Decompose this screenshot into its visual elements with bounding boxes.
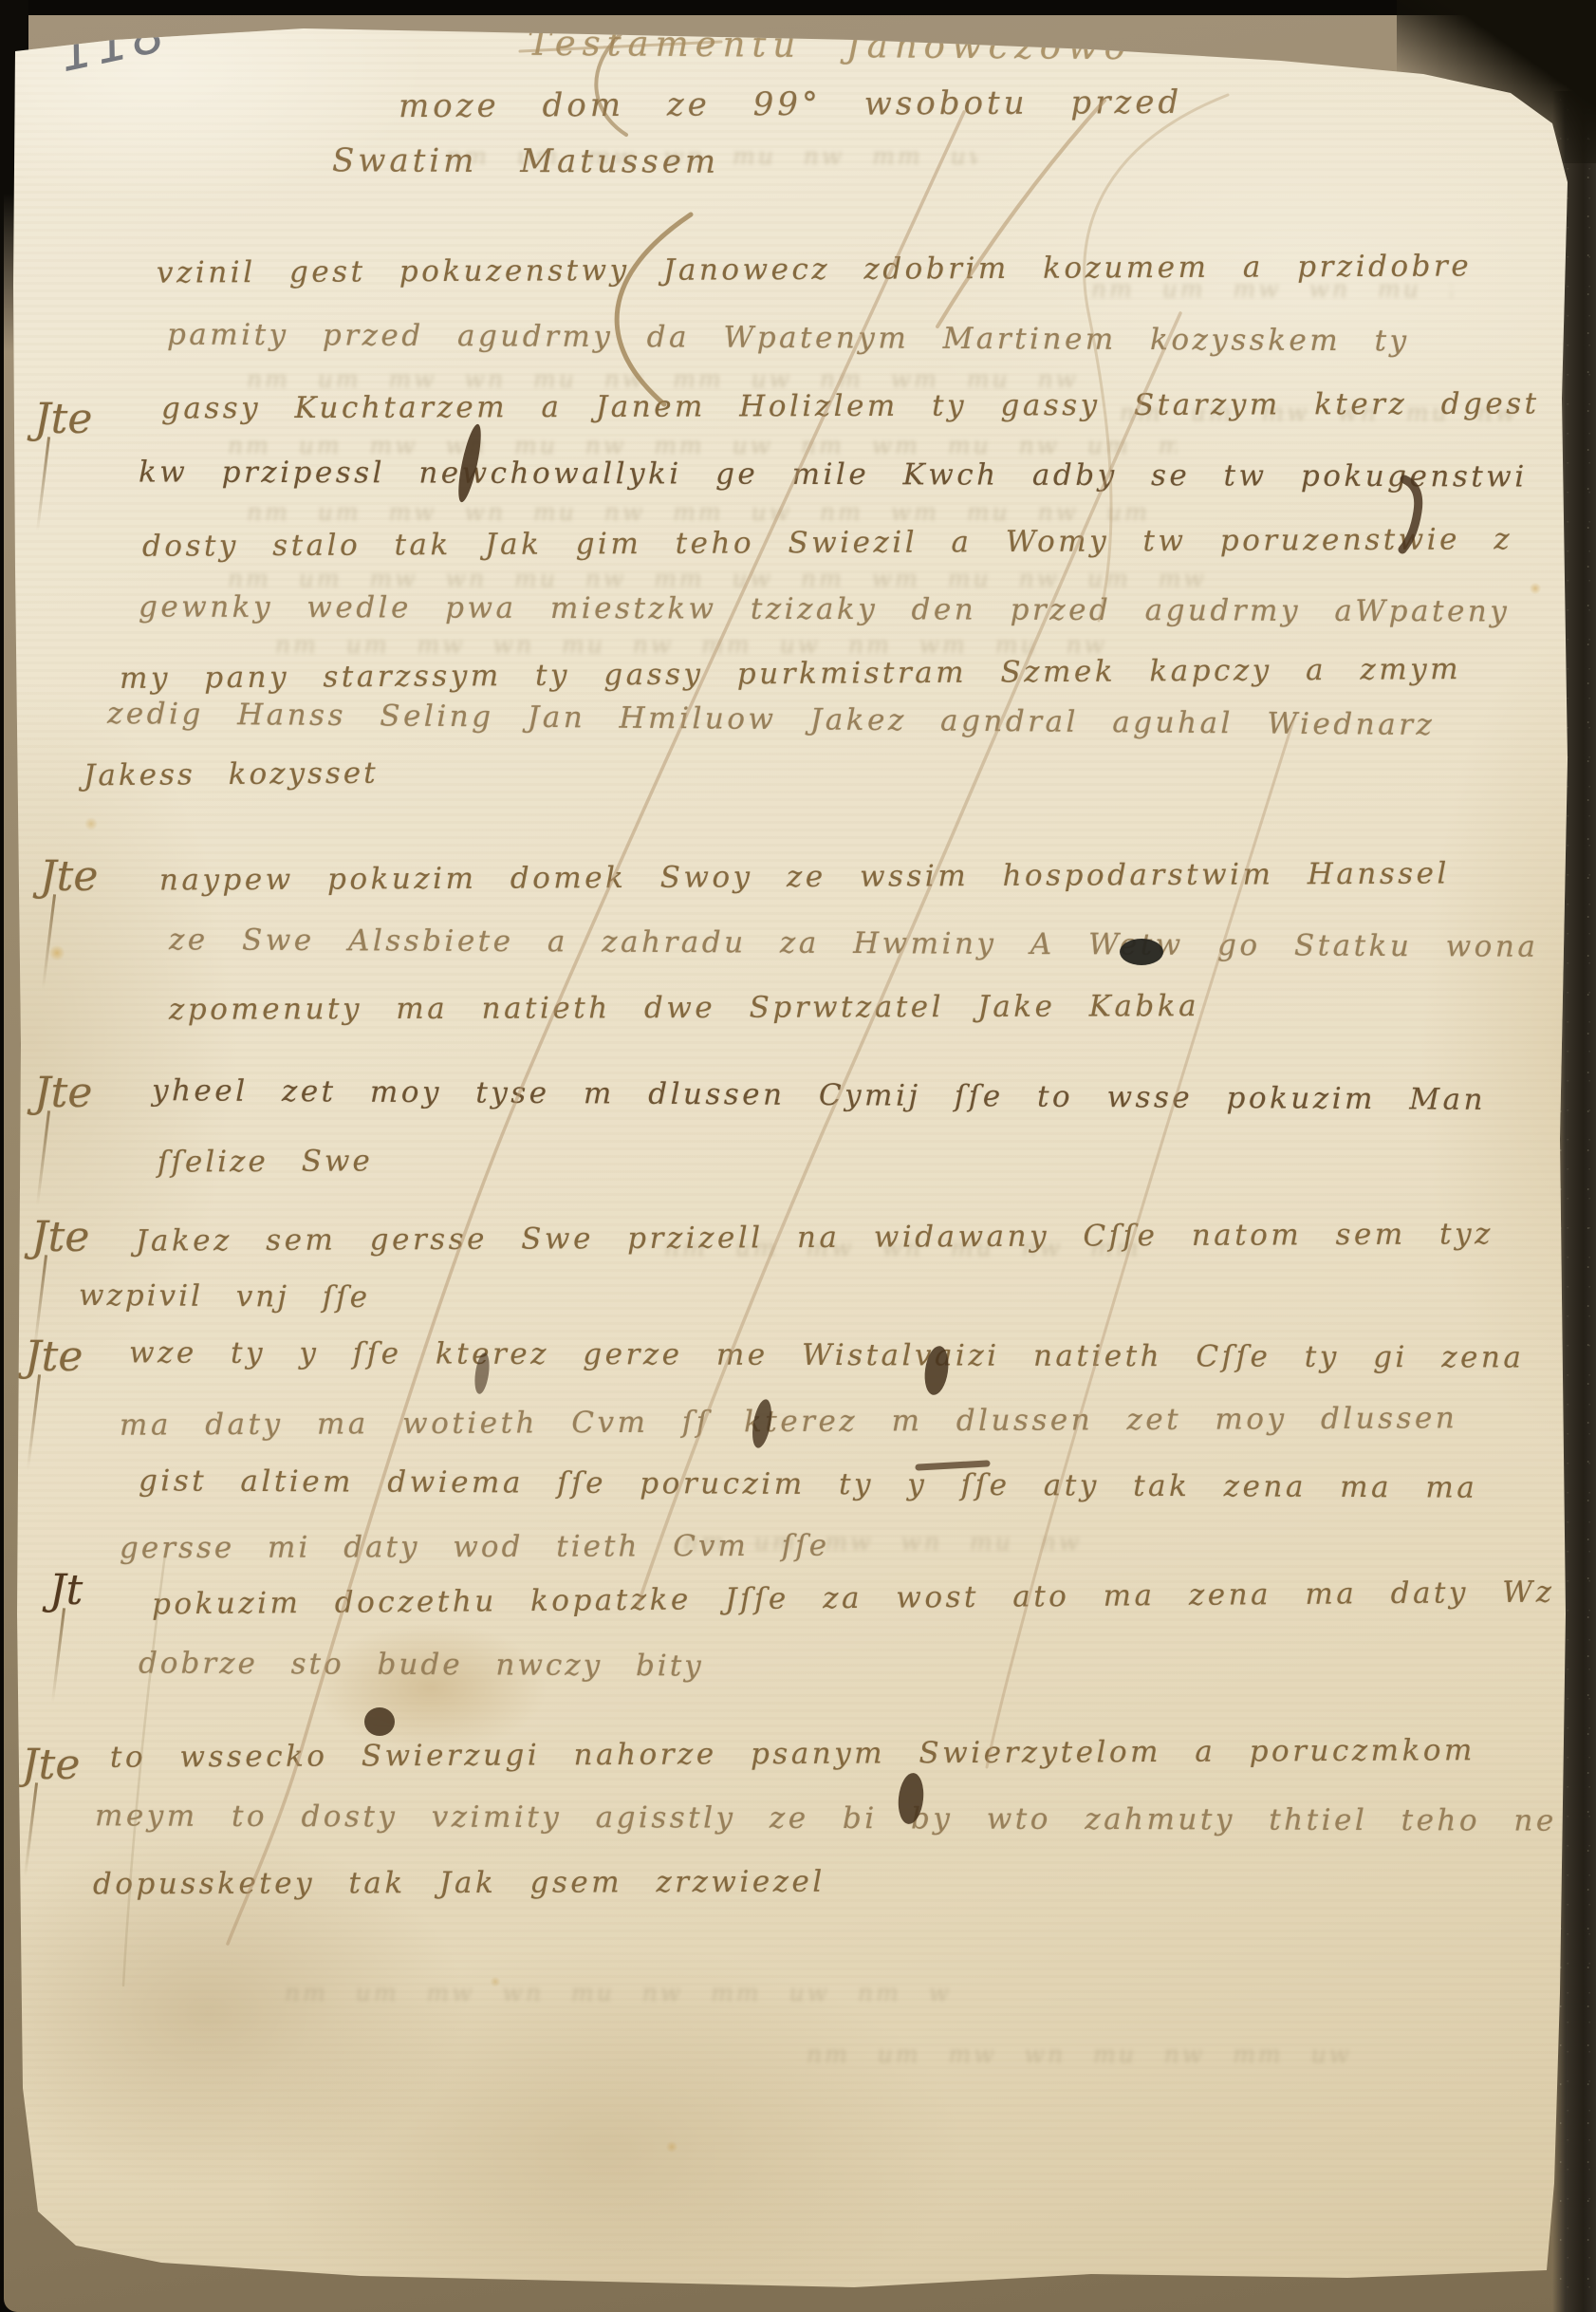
ink-blot bbox=[364, 1707, 395, 1736]
paragraph-mark: Jte bbox=[31, 1213, 89, 1261]
paragraph-mark: Jte bbox=[25, 1333, 83, 1381]
text-line: dobrze sto bude nwczy bity bbox=[139, 1646, 704, 1683]
ink-dash bbox=[919, 1464, 987, 1467]
text-line: pokuzim doczethu kopatzke Jſſe za wost a… bbox=[152, 1576, 1555, 1622]
date-line-2: Swatim Matussem bbox=[332, 141, 719, 180]
text-line: yheel zet moy tyse m dlussen Cymij ſſe t… bbox=[152, 1073, 1486, 1117]
text-line: pamity przed agudrmy da Wpatenym Martine… bbox=[167, 318, 1410, 359]
paragraph-mark: Jte bbox=[34, 1069, 92, 1117]
bleedthrough-row: nm um mw wn mu nw mm uw nm wm mu nw um m… bbox=[285, 1979, 949, 2006]
bleedthrough-row: nm um mw wn mu nw mm uw nm wm mu nw um m… bbox=[228, 565, 1224, 592]
cancel-arc bbox=[937, 101, 1104, 326]
text-line: vzinil gest pokuzenstwy Janowecz zdobrim… bbox=[157, 249, 1472, 289]
paper-sheet: 118 nm um mw wn mu nw mm uw nm wm mu nw … bbox=[0, 0, 1596, 2312]
text-line: gewnky wedle pwa miestzkw tzizaky den pr… bbox=[139, 589, 1510, 628]
text-line: to wssecko Swierzugi nahorze psanym Swie… bbox=[110, 1733, 1475, 1775]
text-line: dosty stalo tak Jak gim teho Swiezil a W… bbox=[142, 522, 1512, 564]
text-line: ma daty ma wotieth Cvm ſſ kterez m dluss… bbox=[120, 1401, 1457, 1442]
text-line: Jakess kozysset bbox=[84, 756, 379, 793]
bleedthrough-row: nm um mw wn mu nw mm uw nm wm mu nw um m… bbox=[807, 2041, 1376, 2068]
bleedthrough-row: nm um mw wn mu nw mm uw nm wm mu nw um m… bbox=[247, 498, 1148, 526]
text-line: zedig Hanss Seling Jan Hmiluow Jakez agn… bbox=[107, 697, 1436, 742]
manuscript-scan: 118 nm um mw wn mu nw mm uw nm wm mu nw … bbox=[0, 0, 1596, 2312]
text-line: naypew pokuzim domek Swoy ze wssim hospo… bbox=[159, 856, 1450, 897]
paragraph-mark: Jte bbox=[22, 1741, 80, 1789]
text-line: meym to dosty vzimity agisstly ze bi by … bbox=[95, 1799, 1557, 1837]
text-line: wzpivil vnj ſſe bbox=[79, 1278, 370, 1314]
text-line: gist altiem dwiema ſſe poruczim ty y ſſe… bbox=[139, 1464, 1477, 1504]
paragraph-mark: Jte bbox=[40, 852, 98, 901]
text-line: gersse mi daty wod tieth Cvm ſſe bbox=[120, 1529, 829, 1566]
text-line: dopussketey tak Jak gsem zrzwiezel bbox=[93, 1865, 826, 1902]
text-line: ſſelize Swe bbox=[158, 1144, 373, 1179]
paragraph-mark: Jte bbox=[34, 395, 92, 443]
date-line-1: moze dom ze 99° wsobotu przed bbox=[399, 84, 1182, 125]
text-line: ze Swe Alssbiete a zahradu za Hwminy A W… bbox=[169, 923, 1539, 964]
text-line: wze ty y ſſe kterez gerze me Wistalvaizi… bbox=[129, 1335, 1524, 1374]
text-line: Jakez sem gersse Swe przizell na widawan… bbox=[136, 1217, 1494, 1258]
text-line: zpomenuty ma natieth dwe Sprwtzatel Jake… bbox=[169, 989, 1199, 1027]
text-line: kw przipessl newchowallyki ge mile Kwch … bbox=[139, 455, 1528, 494]
text-line: gassy Kuchtarzem a Janem Holizlem ty gas… bbox=[161, 386, 1540, 425]
paragraph-mark: Jt bbox=[49, 1566, 83, 1614]
